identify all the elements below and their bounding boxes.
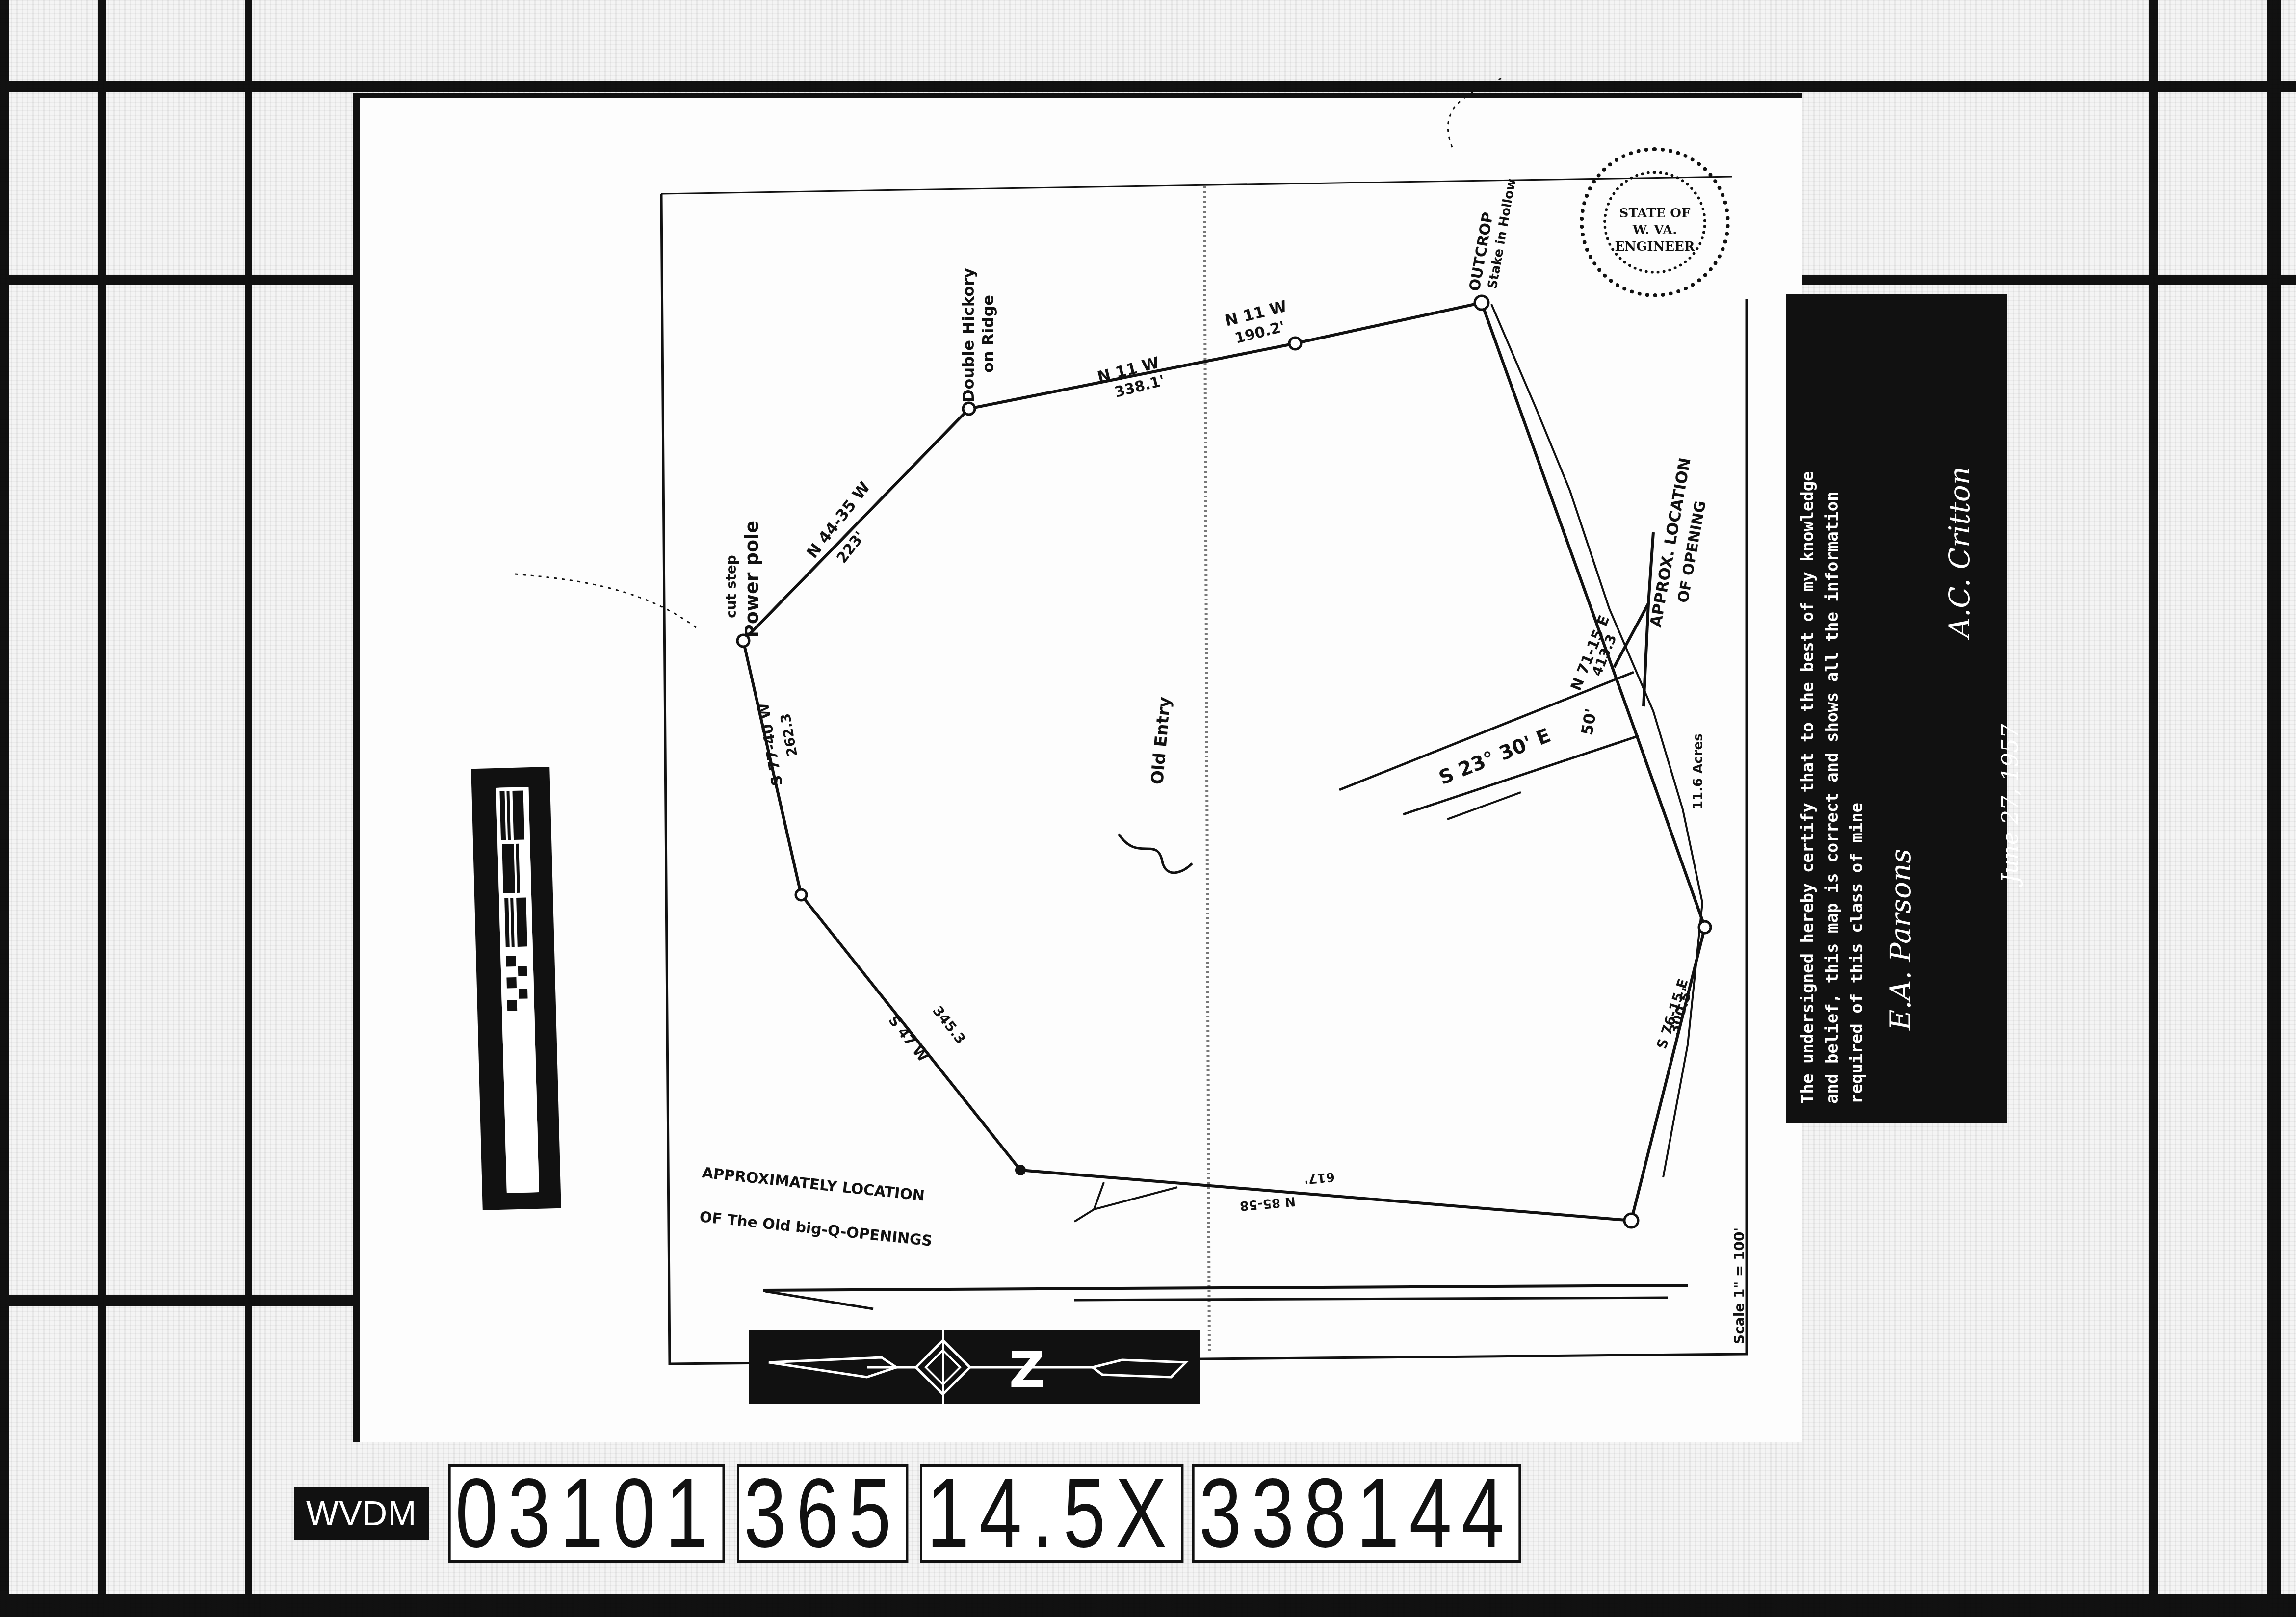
entry-width: 50' xyxy=(1577,707,1600,736)
call-7-distance: 345.3 xyxy=(929,1003,969,1047)
old-openings-label-2: OF The Old big-Q-OPENINGS xyxy=(699,1208,933,1250)
label-double-hickory: Double Hickory xyxy=(959,268,978,402)
station-mid xyxy=(1289,338,1301,349)
station-double-hickory xyxy=(963,403,975,415)
call-8-distance: 262.3 xyxy=(777,712,801,758)
neat-line-top xyxy=(661,177,1732,194)
certification-text: The undersigned hereby certify that to t… xyxy=(1796,471,1869,1104)
old-entry-label: Old Entry xyxy=(1148,696,1174,785)
call-7-bearing: S 47 W xyxy=(885,1013,931,1065)
label-on-ridge: on Ridge xyxy=(979,295,997,373)
entry-bearing: S 23° 30' E xyxy=(1436,724,1554,789)
station-outcrop xyxy=(1475,296,1488,310)
film-roll-number: 03101 xyxy=(448,1464,725,1563)
engineer-seal: STATE OF W. VA. ENGINEER xyxy=(1580,147,1730,297)
arrow-old-entry xyxy=(1119,834,1192,873)
scale-line xyxy=(763,1285,1688,1290)
north-arrow-icon: Z xyxy=(749,1330,1200,1404)
acreage-label: 11.6 Acres xyxy=(1691,733,1706,809)
call-6-bearing: N 85-58 xyxy=(1239,1194,1296,1213)
certification-date: June 27, 1957 xyxy=(1997,724,2023,883)
film-reduction-ratio: 14.5X xyxy=(920,1464,1183,1563)
scale-tick-left xyxy=(765,1291,873,1309)
arrow-old-openings-2 xyxy=(1094,1182,1104,1209)
label-power-pole: Power pole xyxy=(741,521,762,638)
calibration-bar xyxy=(471,767,561,1210)
film-frame-number: 365 xyxy=(737,1464,908,1563)
scale-label: Scale 1" = 100' xyxy=(1731,1227,1748,1344)
station-se xyxy=(1624,1214,1638,1227)
svg-text:Z: Z xyxy=(1009,1341,1045,1399)
signature-1: E.A. Parsons xyxy=(1884,849,1917,1030)
station-east xyxy=(1699,921,1711,933)
scale-tick-right xyxy=(1074,1298,1668,1300)
station-old-digging xyxy=(1015,1165,1026,1175)
stream-line-2 xyxy=(1448,78,1501,147)
old-openings-label-1: APPROXIMATELY LOCATION xyxy=(701,1164,925,1204)
stream-line xyxy=(515,574,697,628)
arrow-old-openings xyxy=(1074,1187,1177,1222)
film-id-row: WVDM 03101 365 14.5X 338144 xyxy=(294,1464,1622,1563)
film-prefix-badge: WVDM xyxy=(294,1487,429,1540)
station-west xyxy=(796,889,807,900)
calibration-bar-inner xyxy=(496,787,539,1193)
film-document-number: 338144 xyxy=(1192,1464,1521,1563)
north-arrow-panel: Z xyxy=(749,1330,1200,1404)
signature-2: A.C. Critton xyxy=(1943,467,1976,638)
label-cut-step: cut step xyxy=(723,555,739,618)
call-6-distance: 617' xyxy=(1304,1169,1335,1186)
seal-text: STATE OF W. VA. ENGINEER xyxy=(1584,205,1726,255)
